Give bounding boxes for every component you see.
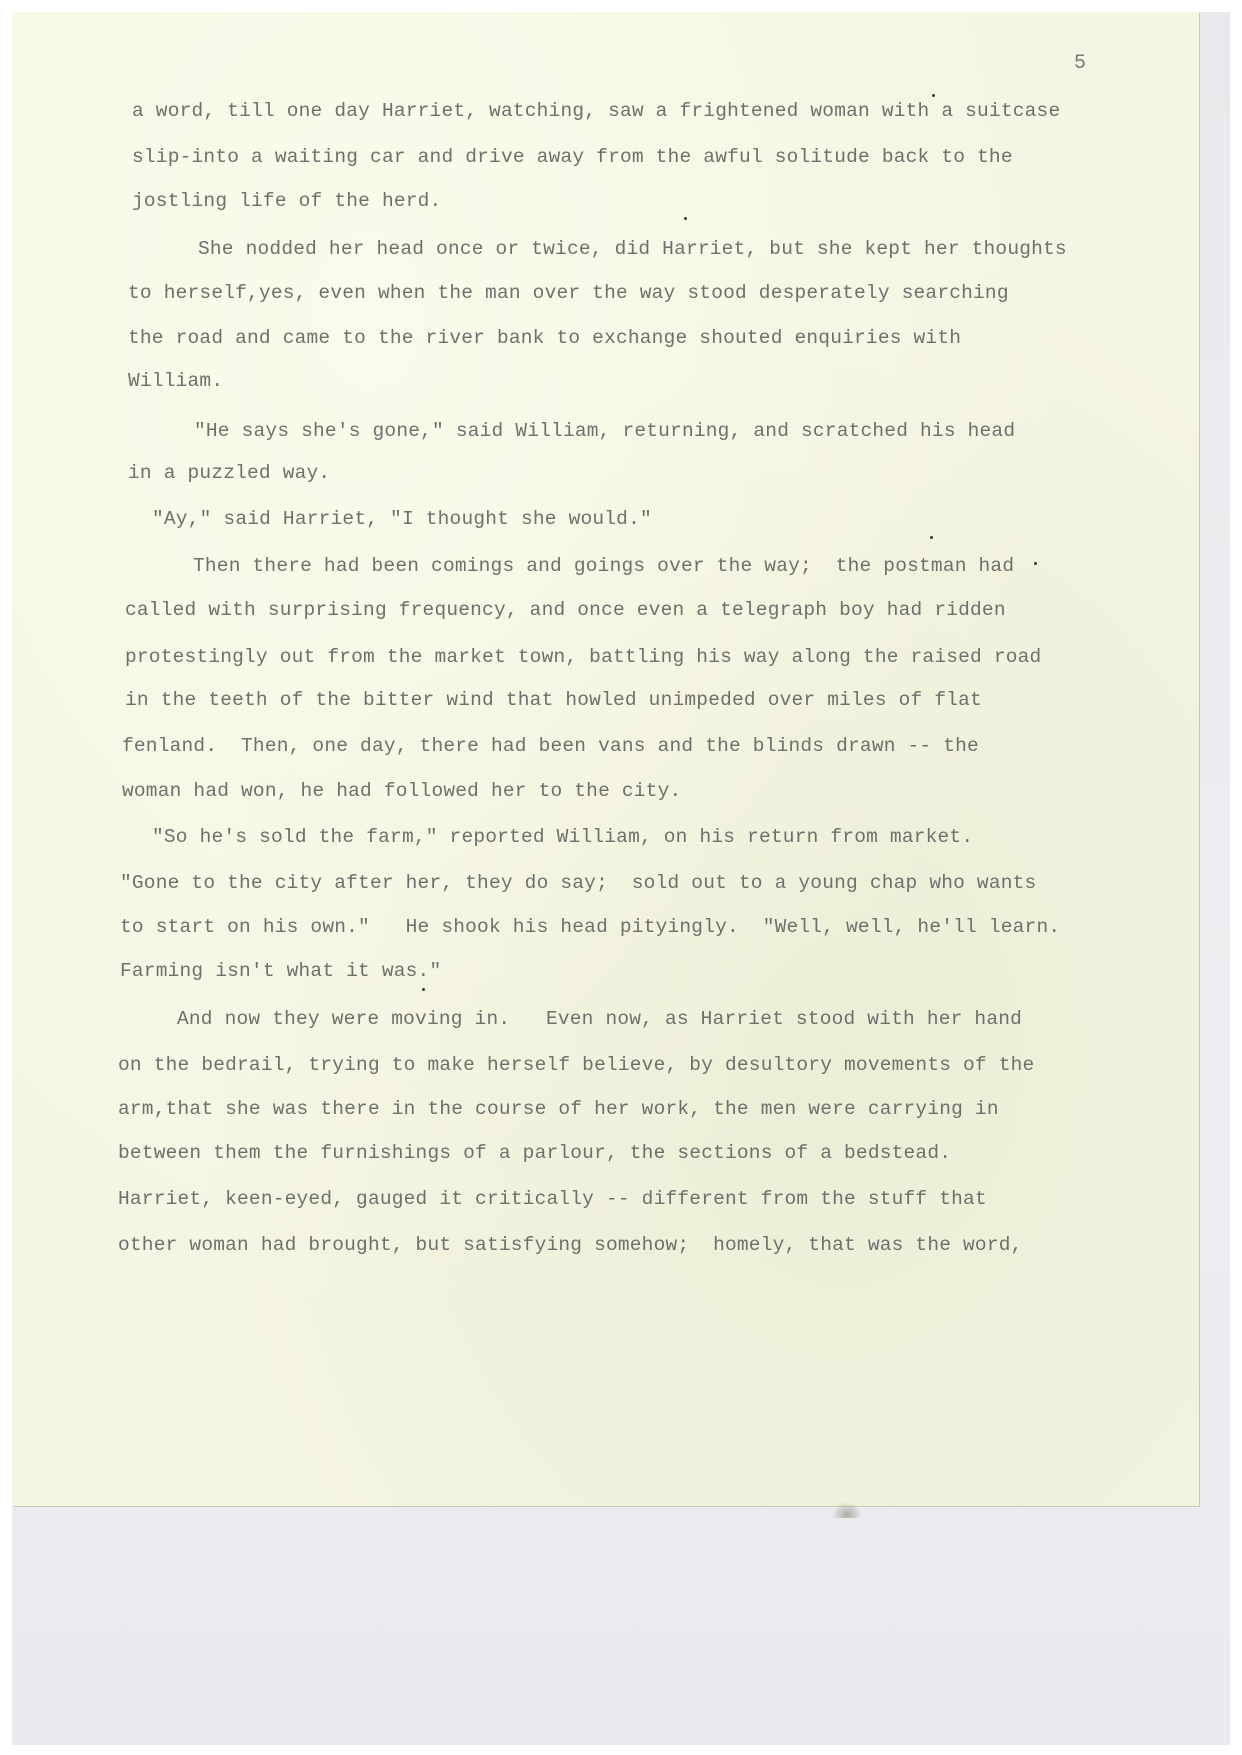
text-line: woman had won, he had followed her to th…	[122, 780, 681, 802]
dust-speck	[684, 217, 687, 220]
fold-mark	[832, 1502, 862, 1518]
text-line: slip-into a waiting car and drive away f…	[132, 146, 1013, 168]
text-line: other woman had brought, but satisfying …	[118, 1234, 1023, 1256]
text-line: Then there had been comings and goings o…	[193, 555, 1014, 577]
dust-speck	[930, 536, 933, 539]
text-line: the road and came to the river bank to e…	[128, 327, 961, 349]
text-line: to start on his own." He shook his head …	[120, 916, 1060, 938]
text-line: Farming isn't what it was."	[120, 960, 441, 982]
typewritten-page: 5 a word, till one day Harriet, watching…	[12, 12, 1199, 1506]
text-line: a word, till one day Harriet, watching, …	[132, 100, 1060, 122]
text-line: Harriet, keen-eyed, gauged it critically…	[118, 1188, 987, 1210]
text-line: "So he's sold the farm," reported Willia…	[152, 826, 973, 848]
text-line: "Ay," said Harriet, "I thought she would…	[152, 508, 652, 530]
text-line: "He says she's gone," said William, retu…	[194, 420, 1015, 442]
text-line: in the teeth of the bitter wind that how…	[125, 689, 982, 711]
text-line: jostling life of the herd.	[132, 190, 441, 212]
text-line: And now they were moving in. Even now, a…	[177, 1008, 1022, 1030]
text-line: called with surprising frequency, and on…	[125, 599, 1006, 621]
text-line: William.	[128, 370, 223, 392]
text-line: arm,that she was there in the course of …	[118, 1098, 999, 1120]
text-line: to herself,yes, even when the man over t…	[128, 282, 1009, 304]
text-line: fenland. Then, one day, there had been v…	[122, 735, 979, 757]
page-number: 5	[1074, 52, 1086, 75]
dust-speck	[1034, 562, 1037, 565]
dust-speck	[932, 94, 935, 97]
dust-speck	[422, 988, 425, 991]
text-line: between them the furnishings of a parlou…	[118, 1142, 951, 1164]
text-line: "Gone to the city after her, they do say…	[120, 872, 1036, 894]
text-line: protestingly out from the market town, b…	[125, 646, 1041, 668]
text-line: She nodded her head once or twice, did H…	[198, 238, 1067, 260]
text-line: on the bedrail, trying to make herself b…	[118, 1054, 1034, 1076]
text-line: in a puzzled way.	[128, 462, 330, 484]
